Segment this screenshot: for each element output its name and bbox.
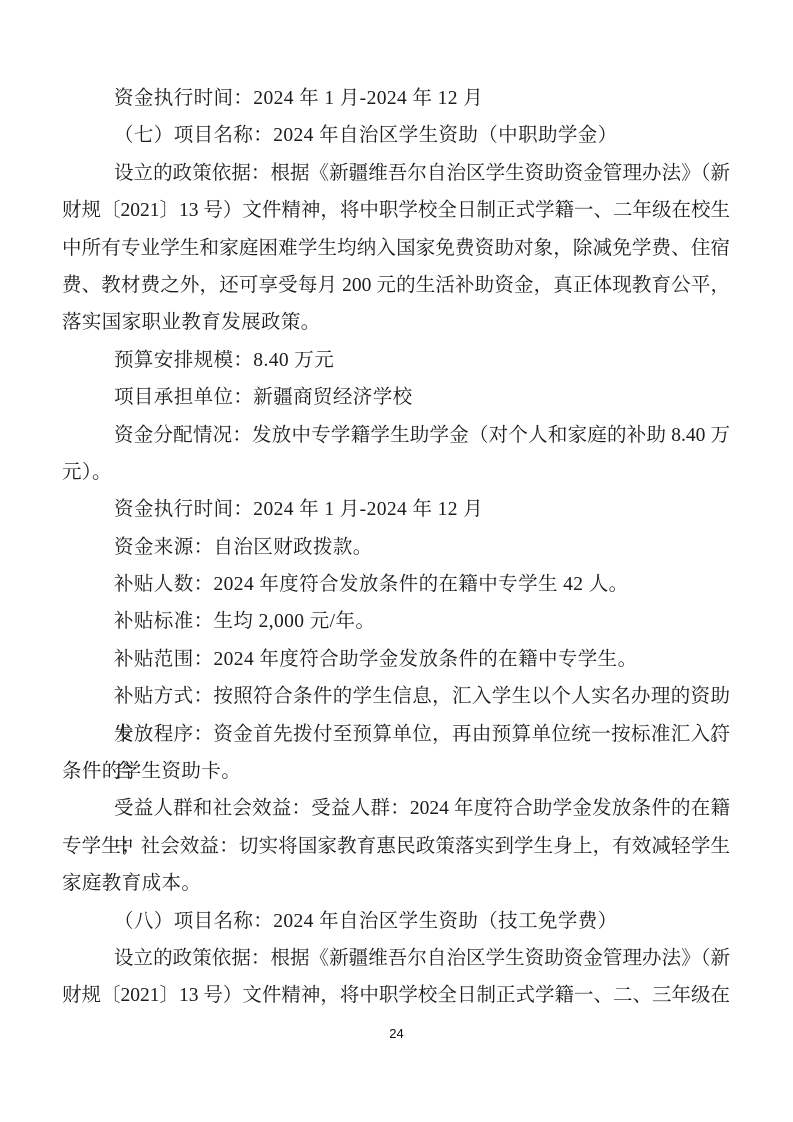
text-line-beneficiaries-c: 家庭教育成本。 <box>62 865 730 902</box>
text-line-subsidy-method: 补贴方式：按照符合条件的学生信息，汇入学生以个人实名办理的资助卡。 <box>62 678 730 715</box>
text-line-undertaking-unit: 项目承担单位：新疆商贸经济学校 <box>62 379 730 416</box>
text-line-policy-basis-1d: 费、教材费之外，还可享受每月 200 元的生活补助资金，真正体现教育公平， <box>62 267 730 304</box>
text-line-policy-basis-1e: 落实国家职业教育发展政策。 <box>62 304 730 341</box>
text-line-policy-basis-1b: 财规〔2021〕13 号）文件精神，将中职学校全日制正式学籍一、二年级在校生 <box>62 192 730 229</box>
text-line-fund-allocation-b: 元）。 <box>62 454 730 491</box>
text-line-beneficiaries-a: 受益人群和社会效益：受益人群：2024 年度符合助学金发放条件的在籍中 <box>62 790 730 827</box>
text-line-budget-scale: 预算安排规模：8.40 万元 <box>62 342 730 379</box>
text-line-subsidy-scope: 补贴范围：2024 年度符合助学金发放条件的在籍中专学生。 <box>62 641 730 678</box>
text-line-policy-basis-2b: 财规〔2021〕13 号）文件精神，将中职学校全日制正式学籍一、二、三年级在 <box>62 977 730 1014</box>
text-line-policy-basis-2a: 设立的政策依据：根据《新疆维吾尔自治区学生资助资金管理办法》（新 <box>62 940 730 977</box>
text-line-project7-title: （七）项目名称：2024 年自治区学生资助（中职助学金） <box>62 117 730 154</box>
document-body: 资金执行时间：2024 年 1 月-2024 年 12 月 （七）项目名称：20… <box>62 80 730 1015</box>
text-line-issuance-procedure-a: 发放程序：资金首先拨付至预算单位，再由预算单位统一按标准汇入符合 <box>62 716 730 753</box>
text-line-fund-allocation-a: 资金分配情况：发放中专学籍学生助学金（对个人和家庭的补助 8.40 万 <box>62 417 730 454</box>
text-line-fund-execution-time-1: 资金执行时间：2024 年 1 月-2024 年 12 月 <box>62 80 730 117</box>
text-line-policy-basis-1c: 中所有专业学生和家庭困难学生均纳入国家免费资助对象，除减免学费、住宿 <box>62 230 730 267</box>
text-line-beneficiaries-b: 专学生；社会效益：切实将国家教育惠民政策落实到学生身上，有效减轻学生 <box>62 828 730 865</box>
text-line-fund-execution-time-2: 资金执行时间：2024 年 1 月-2024 年 12 月 <box>62 491 730 528</box>
document-page: 资金执行时间：2024 年 1 月-2024 年 12 月 （七）项目名称：20… <box>0 0 793 1122</box>
text-line-issuance-procedure-b: 条件的学生资助卡。 <box>62 753 730 790</box>
text-line-policy-basis-1a: 设立的政策依据：根据《新疆维吾尔自治区学生资助资金管理办法》（新 <box>62 155 730 192</box>
text-line-fund-source: 资金来源：自治区财政拨款。 <box>62 529 730 566</box>
text-line-subsidy-standard: 补贴标准：生均 2,000 元/年。 <box>62 603 730 640</box>
page-number: 24 <box>0 1026 793 1041</box>
text-line-project8-title: （八）项目名称：2024 年自治区学生资助（技工免学费） <box>62 903 730 940</box>
text-line-subsidy-count: 补贴人数：2024 年度符合发放条件的在籍中专学生 42 人。 <box>62 566 730 603</box>
